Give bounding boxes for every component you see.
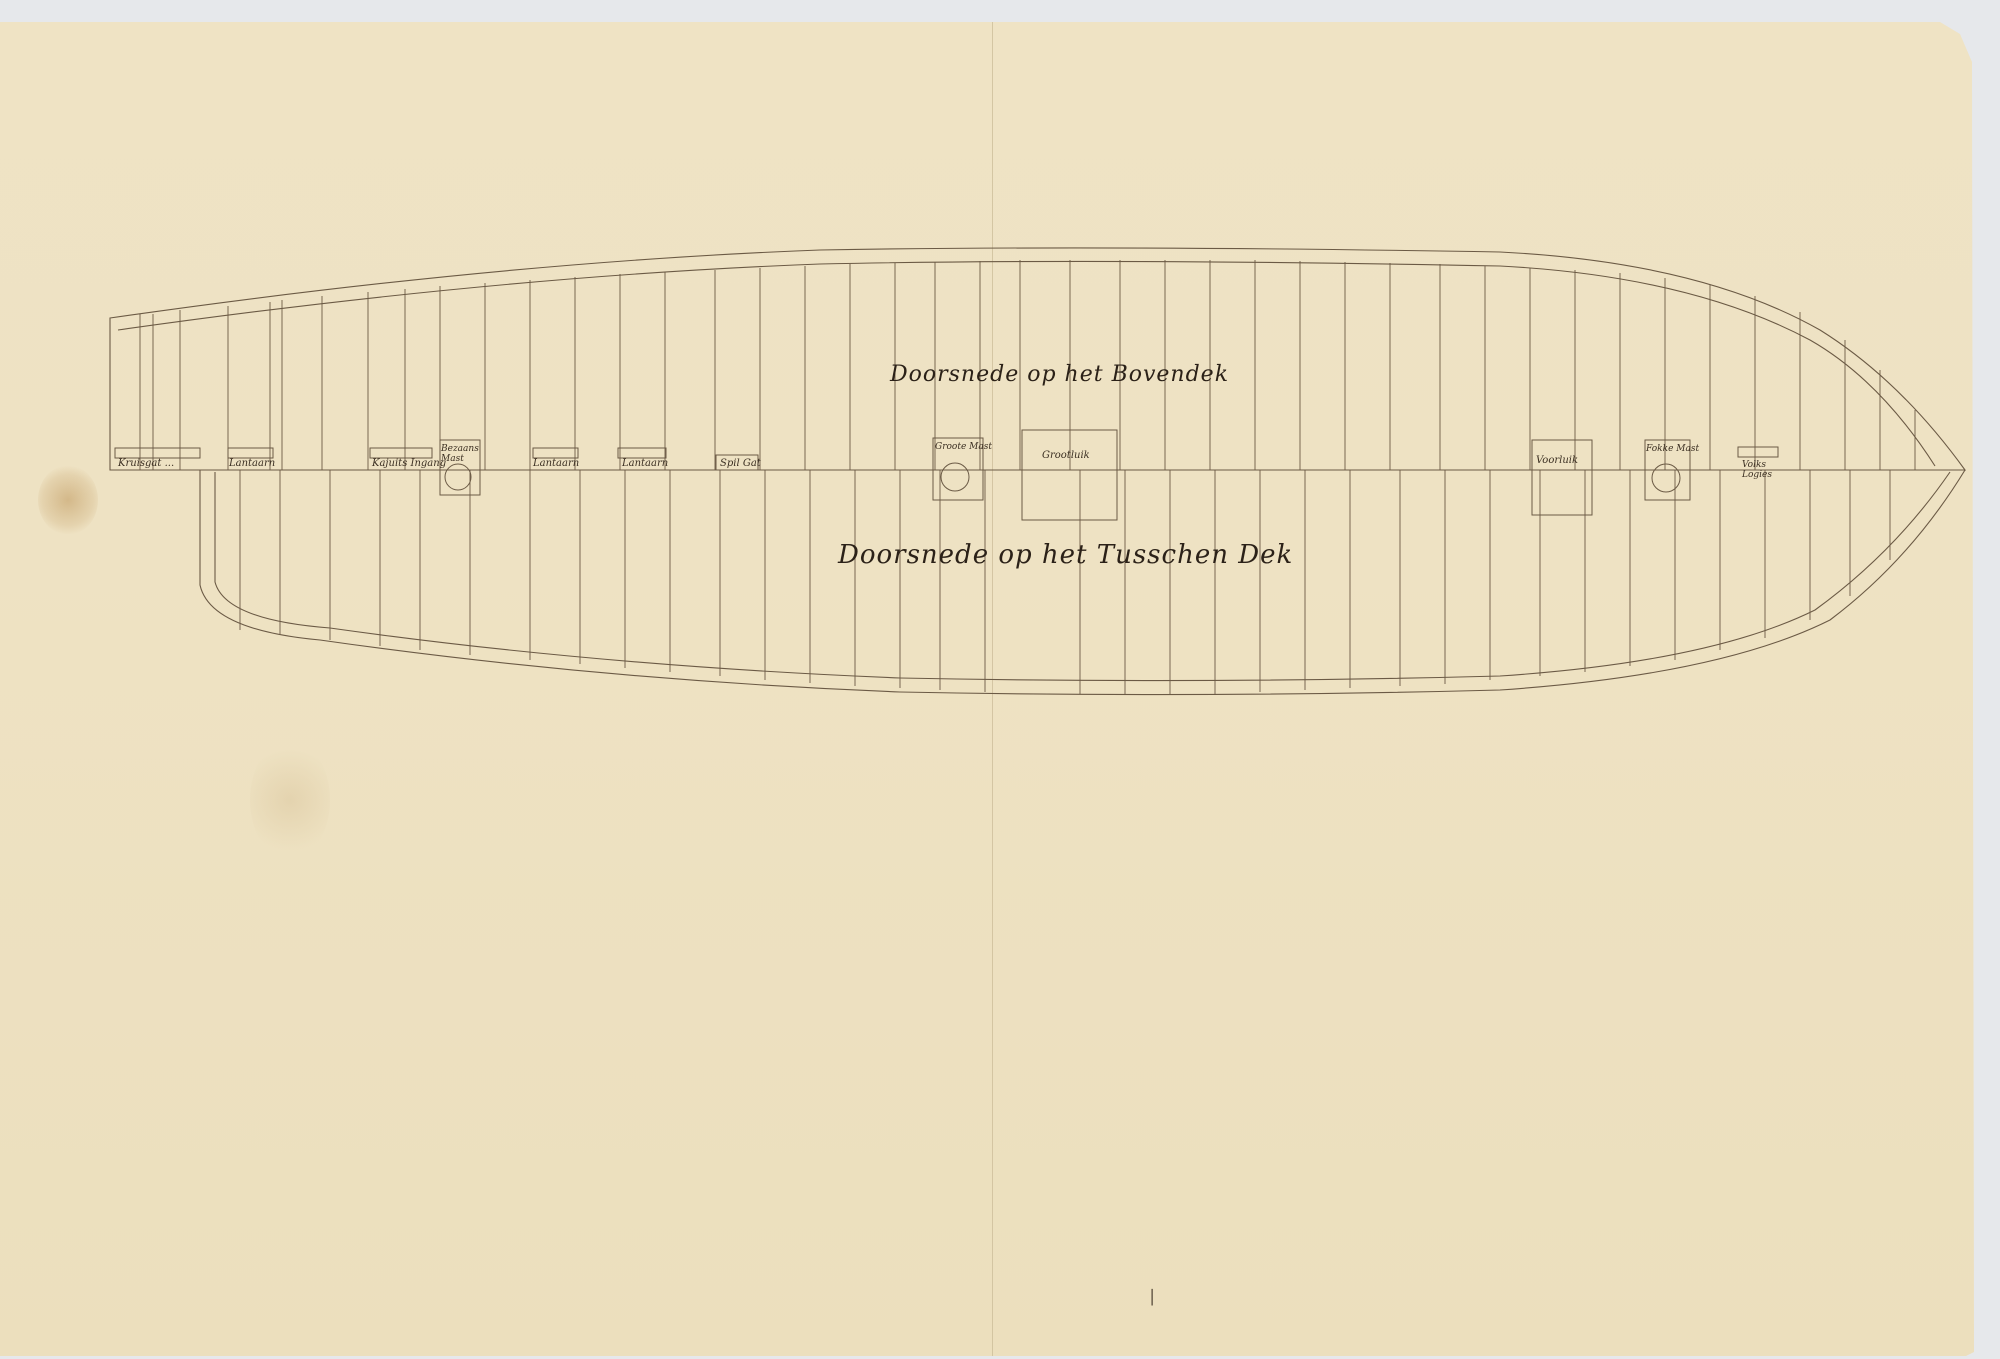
lower-deck-inner [215,472,1950,681]
label-lantern-2: Lantaarn [533,458,579,469]
label-main-hatch: Grootluik [1042,450,1090,461]
label-fore-mast: Fokke Mast [1646,444,1699,454]
label-main-mast: Groote Mast [935,442,992,452]
upper-deck-title: Doorsnede op het Bovendek [890,362,1229,387]
label-forecastle: Volks Logies [1742,460,1772,480]
label-lantern-1: Lantaarn [229,458,275,469]
lantern-1-box [228,448,273,458]
upper-deck-outline [110,248,1965,470]
bottom-tick-mark: │ [1148,1290,1156,1306]
main-mast-circle [941,463,969,491]
deck-beams [140,260,1915,694]
lower-deck-title: Doorsnede op het Tusschen Dek [838,540,1293,570]
deck-plan-drawing [0,0,2000,1359]
stern-bar [115,448,200,458]
cabin-entrance-bar [370,448,432,458]
lantern-2-box [533,448,578,458]
fore-hatch-box [1532,440,1592,515]
label-cabin-entrance: Kajuits Ingang [372,458,446,469]
label-stern: Kruisgat ... [118,458,174,469]
label-mizzen-mast: Bezaans Mast [441,444,481,464]
forecastle-bar [1738,447,1778,457]
mizzen-mast-circle [445,464,471,490]
fore-mast-circle [1652,464,1680,492]
label-capstan: Spil Gat [720,458,761,469]
label-lantern-3: Lantaarn [622,458,668,469]
main-hatch-box [1022,430,1117,520]
lantern-3-box [618,448,666,458]
lower-deck-outline [200,470,1965,695]
label-fore-hatch: Voorluik [1536,455,1578,466]
